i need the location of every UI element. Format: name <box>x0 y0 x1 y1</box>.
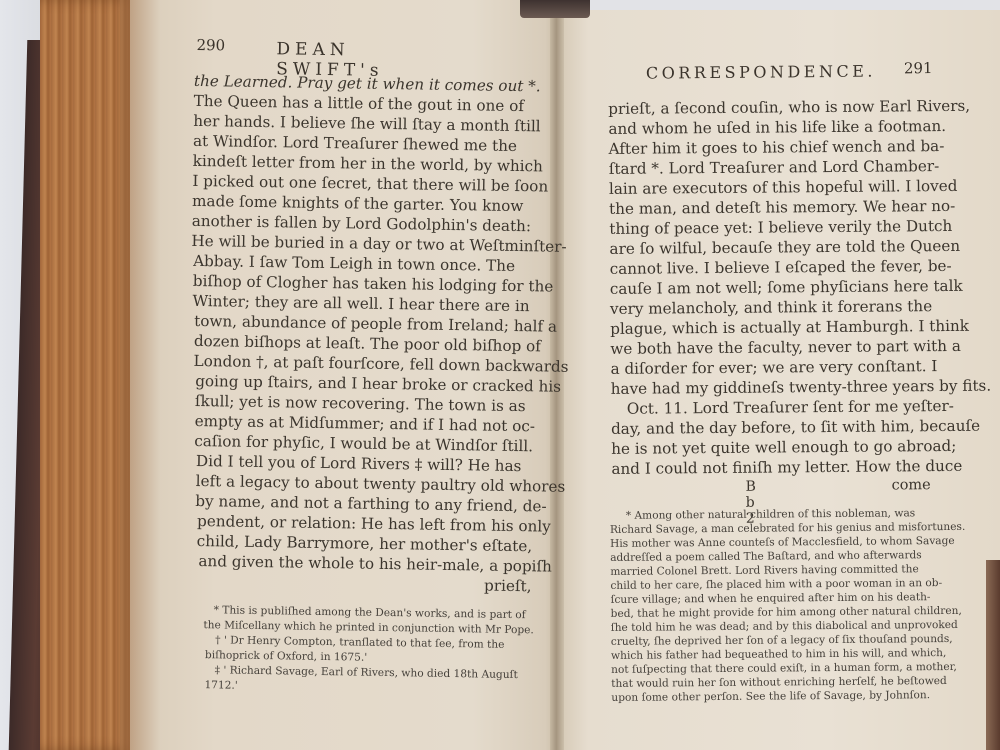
body-line: and whom he uſed in his life like a foot… <box>608 117 946 138</box>
footnote-line: biſhoprick of Oxford, in 1675.' <box>205 649 367 664</box>
catchword: come <box>891 477 930 493</box>
body-line: we both have the faculty, never to part … <box>610 337 961 358</box>
body-line: Oct. 11. Lord Treaſurer ſent for me yeſt… <box>627 397 954 418</box>
body-line: thing of peace yet: I believe verily the… <box>609 217 952 238</box>
body-line: a diſorder for ever; we are very conſtan… <box>610 357 937 378</box>
running-head-right: CORRESPONDENCE. <box>646 62 876 83</box>
body-line: have had my giddineſs twenty-three years… <box>611 377 992 398</box>
body-line: After him it goes to his chief wench and… <box>609 137 945 158</box>
body-line: cauſe I am not well; ſome phyſicians her… <box>610 277 963 298</box>
body-line: the man, and deteſt his memory. We hear … <box>609 197 955 218</box>
body-line: plague, which is actually at Hamburgh. I… <box>610 317 969 338</box>
book-cover-right <box>986 560 1000 750</box>
footnote-line: * Among other natural children of this n… <box>626 507 915 522</box>
page-number-left: 290 <box>196 36 225 54</box>
body-line: and I could not finiſh my letter. How th… <box>611 457 962 478</box>
body-line: lain are executors of this hopeful will.… <box>609 177 958 198</box>
book-spine-top <box>520 0 590 18</box>
body-line: very melancholy, and think it forerans t… <box>610 297 932 318</box>
body-line: cannot live. I believe I eſcaped the fev… <box>610 257 952 278</box>
body-line: day, and the day before, to ſit with him… <box>611 417 980 438</box>
body-line: prieſt, <box>484 577 532 596</box>
body-line: ſtard *. Lord Treaſurer and Lord Chamber… <box>609 157 940 178</box>
open-book-photo: 290 DEAN SWIFT's the Learned. Pray get i… <box>0 0 1000 750</box>
footnote-line: 1712.' <box>204 679 237 692</box>
body-line: prieſt, a ſecond couſin, who is now Earl… <box>608 97 970 118</box>
page-edge-shadow <box>120 0 160 750</box>
page-number-right: 291 <box>904 59 933 77</box>
body-line: are ſo wilful, becauſe they are told the… <box>609 237 960 258</box>
body-line: he is not yet quite well enough to go ab… <box>611 437 956 458</box>
